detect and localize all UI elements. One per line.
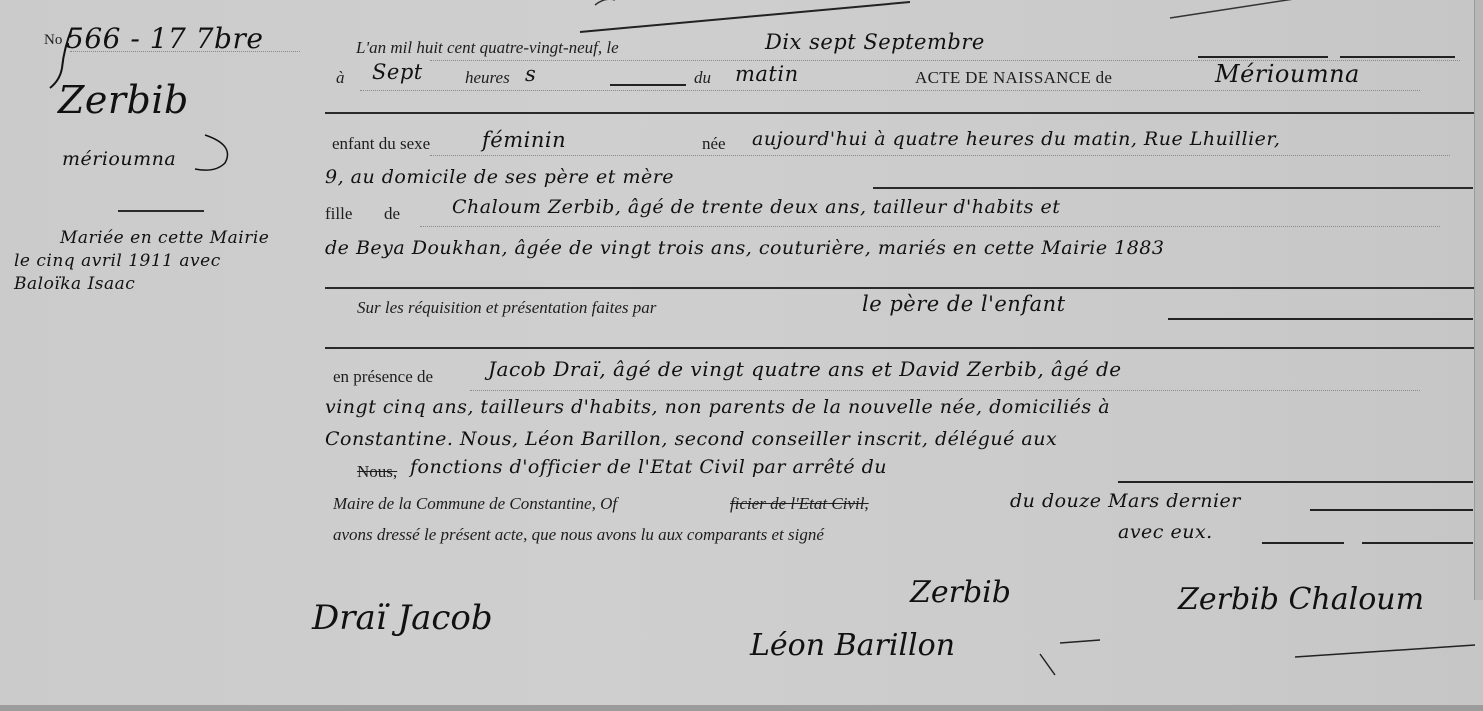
signature-leon-barillon: Léon Barillon [750,628,955,663]
text-domicile: 9, au domicile de ses père et mère [325,166,674,188]
text-du-printed: du [694,68,711,88]
text-witness-details: vingt cinq ans, tailleurs d'habits, non … [325,396,1110,418]
fill-dash [1168,318,1473,320]
section-rule [325,287,1475,289]
text-a-printed: à [336,68,345,88]
dotted-guide [360,90,1420,92]
text-birth-date: Dix sept Septembre [765,30,985,54]
text-period: matin [735,62,799,86]
page-bottom-edge [0,705,1483,711]
fill-dash [1262,542,1344,544]
text-presence-printed: en présence de [333,367,433,387]
dotted-guide [430,155,1450,157]
text-heures-printed: heures [465,68,510,88]
dotted-guide [420,226,1440,228]
dotted-guide [430,60,1460,62]
text-father: Chaloum Zerbib, âgé de trente deux ans, … [452,196,1060,218]
text-child-name: Mérioumna [1215,60,1360,88]
certificate-page: No 566 - 17 7bre Zerbib mérioumna Mariée… [0,0,1483,711]
text-year-printed: L'an mil huit cent quatre-vingt-neuf, le [356,38,619,58]
margin-annotation-line-2: le cinq avril 1911 avec [14,251,221,271]
dotted-guide [470,390,1420,392]
text-delegation: fonctions d'officier de l'Etat Civil par… [410,456,887,478]
text-sex: féminin [482,128,566,152]
signature-jacob-drai: Draï Jacob [312,598,493,638]
margin-given-name: mérioumna [62,148,176,170]
section-rule [325,347,1475,349]
signature-zerbib: Zerbib [910,575,1011,610]
fill-dash [1340,56,1455,58]
text-maire-printed: Maire de la Commune de Constantine, Of [333,494,617,514]
number-prefix: No [44,32,62,49]
fill-dash [1118,481,1473,483]
signature-chaloum-zerbib: Zerbib Chaloum [1178,582,1424,617]
text-birth-details: aujourd'hui à quatre heures du matin, Ru… [752,128,1280,150]
margin-surname: Zerbib [58,78,189,122]
section-rule [325,112,1475,114]
text-requisition-printed: Sur les réquisition et présentation fait… [357,298,656,318]
fill-dash [610,84,686,86]
margin-annotation-line-1: Mariée en cette Mairie [60,228,269,248]
text-nee-printed: née [702,134,726,154]
text-closing-printed: avons dressé le présent acte, que nous a… [333,525,824,545]
text-officier-struck: ficier de l'Etat Civil, [730,494,869,514]
text-declarant: le père de l'enfant [862,292,1066,316]
fill-dash [1362,542,1473,544]
number-dotted-line [70,51,300,53]
text-witnesses: Jacob Draï, âgé de vingt quatre ans et D… [488,357,1122,381]
text-sex-printed: enfant du sexe [332,134,430,154]
page-edge [1474,0,1483,600]
margin-separator [118,210,204,212]
fill-dash [1198,56,1328,58]
text-nous-struck: Nous, [357,462,397,482]
text-closing-handwritten: avec eux. [1118,521,1213,543]
text-decree-date: du douze Mars dernier [1010,490,1241,512]
text-act-title: ACTE DE NAISSANCE de [915,68,1112,88]
fill-dash [1310,509,1473,511]
text-hour: Sept [372,60,423,84]
text-fille-printed: fille [325,204,352,224]
text-officer: Constantine. Nous, Léon Barillon, second… [325,428,1057,450]
text-de-printed: de [384,204,400,224]
text-mother: de Beya Doukhan, âgée de vingt trois ans… [325,237,1164,259]
section-rule [873,187,1473,189]
margin-annotation-line-3: Baloïka Isaac [14,274,135,294]
text-hour-suffix: s [525,62,536,86]
